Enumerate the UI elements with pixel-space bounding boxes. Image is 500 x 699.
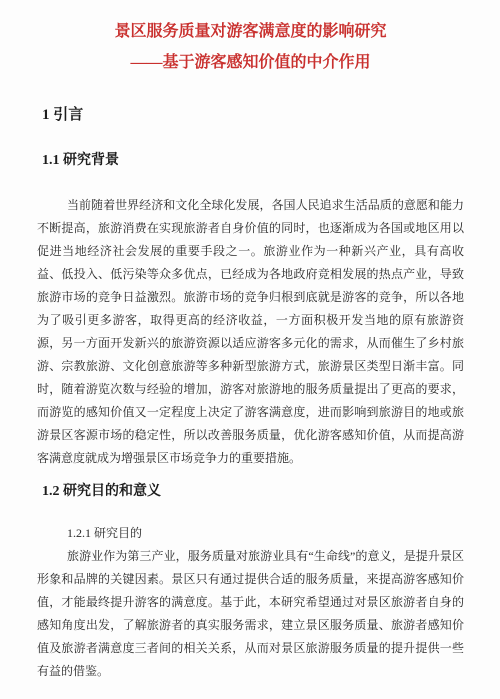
heading-introduction: 1 引言 [42, 105, 464, 125]
paragraph-research-background: 当前随着世界经济和文化全球化发展，各国人民追求生活品质的意愿和能力不断提高，旅游… [37, 194, 464, 470]
document-title: 景区服务质量对游客满意度的影响研究 [37, 22, 464, 42]
heading-research-purpose-and-significance: 1.2 研究目的和意义 [42, 482, 464, 501]
heading-research-background: 1.1 研究背景 [42, 151, 464, 170]
document-subtitle: ——基于游客感知价值的中介作用 [37, 53, 464, 73]
heading-research-purpose: 1.2.1 研究目的 [67, 522, 464, 545]
paragraph-research-purpose: 旅游业作为第三产业，服务质量对旅游业具有“生命线”的意义，是提升景区形象和品牌的… [37, 545, 464, 683]
document-page: 景区服务质量对游客满意度的影响研究 ——基于游客感知价值的中介作用 1 引言 1… [0, 0, 500, 699]
